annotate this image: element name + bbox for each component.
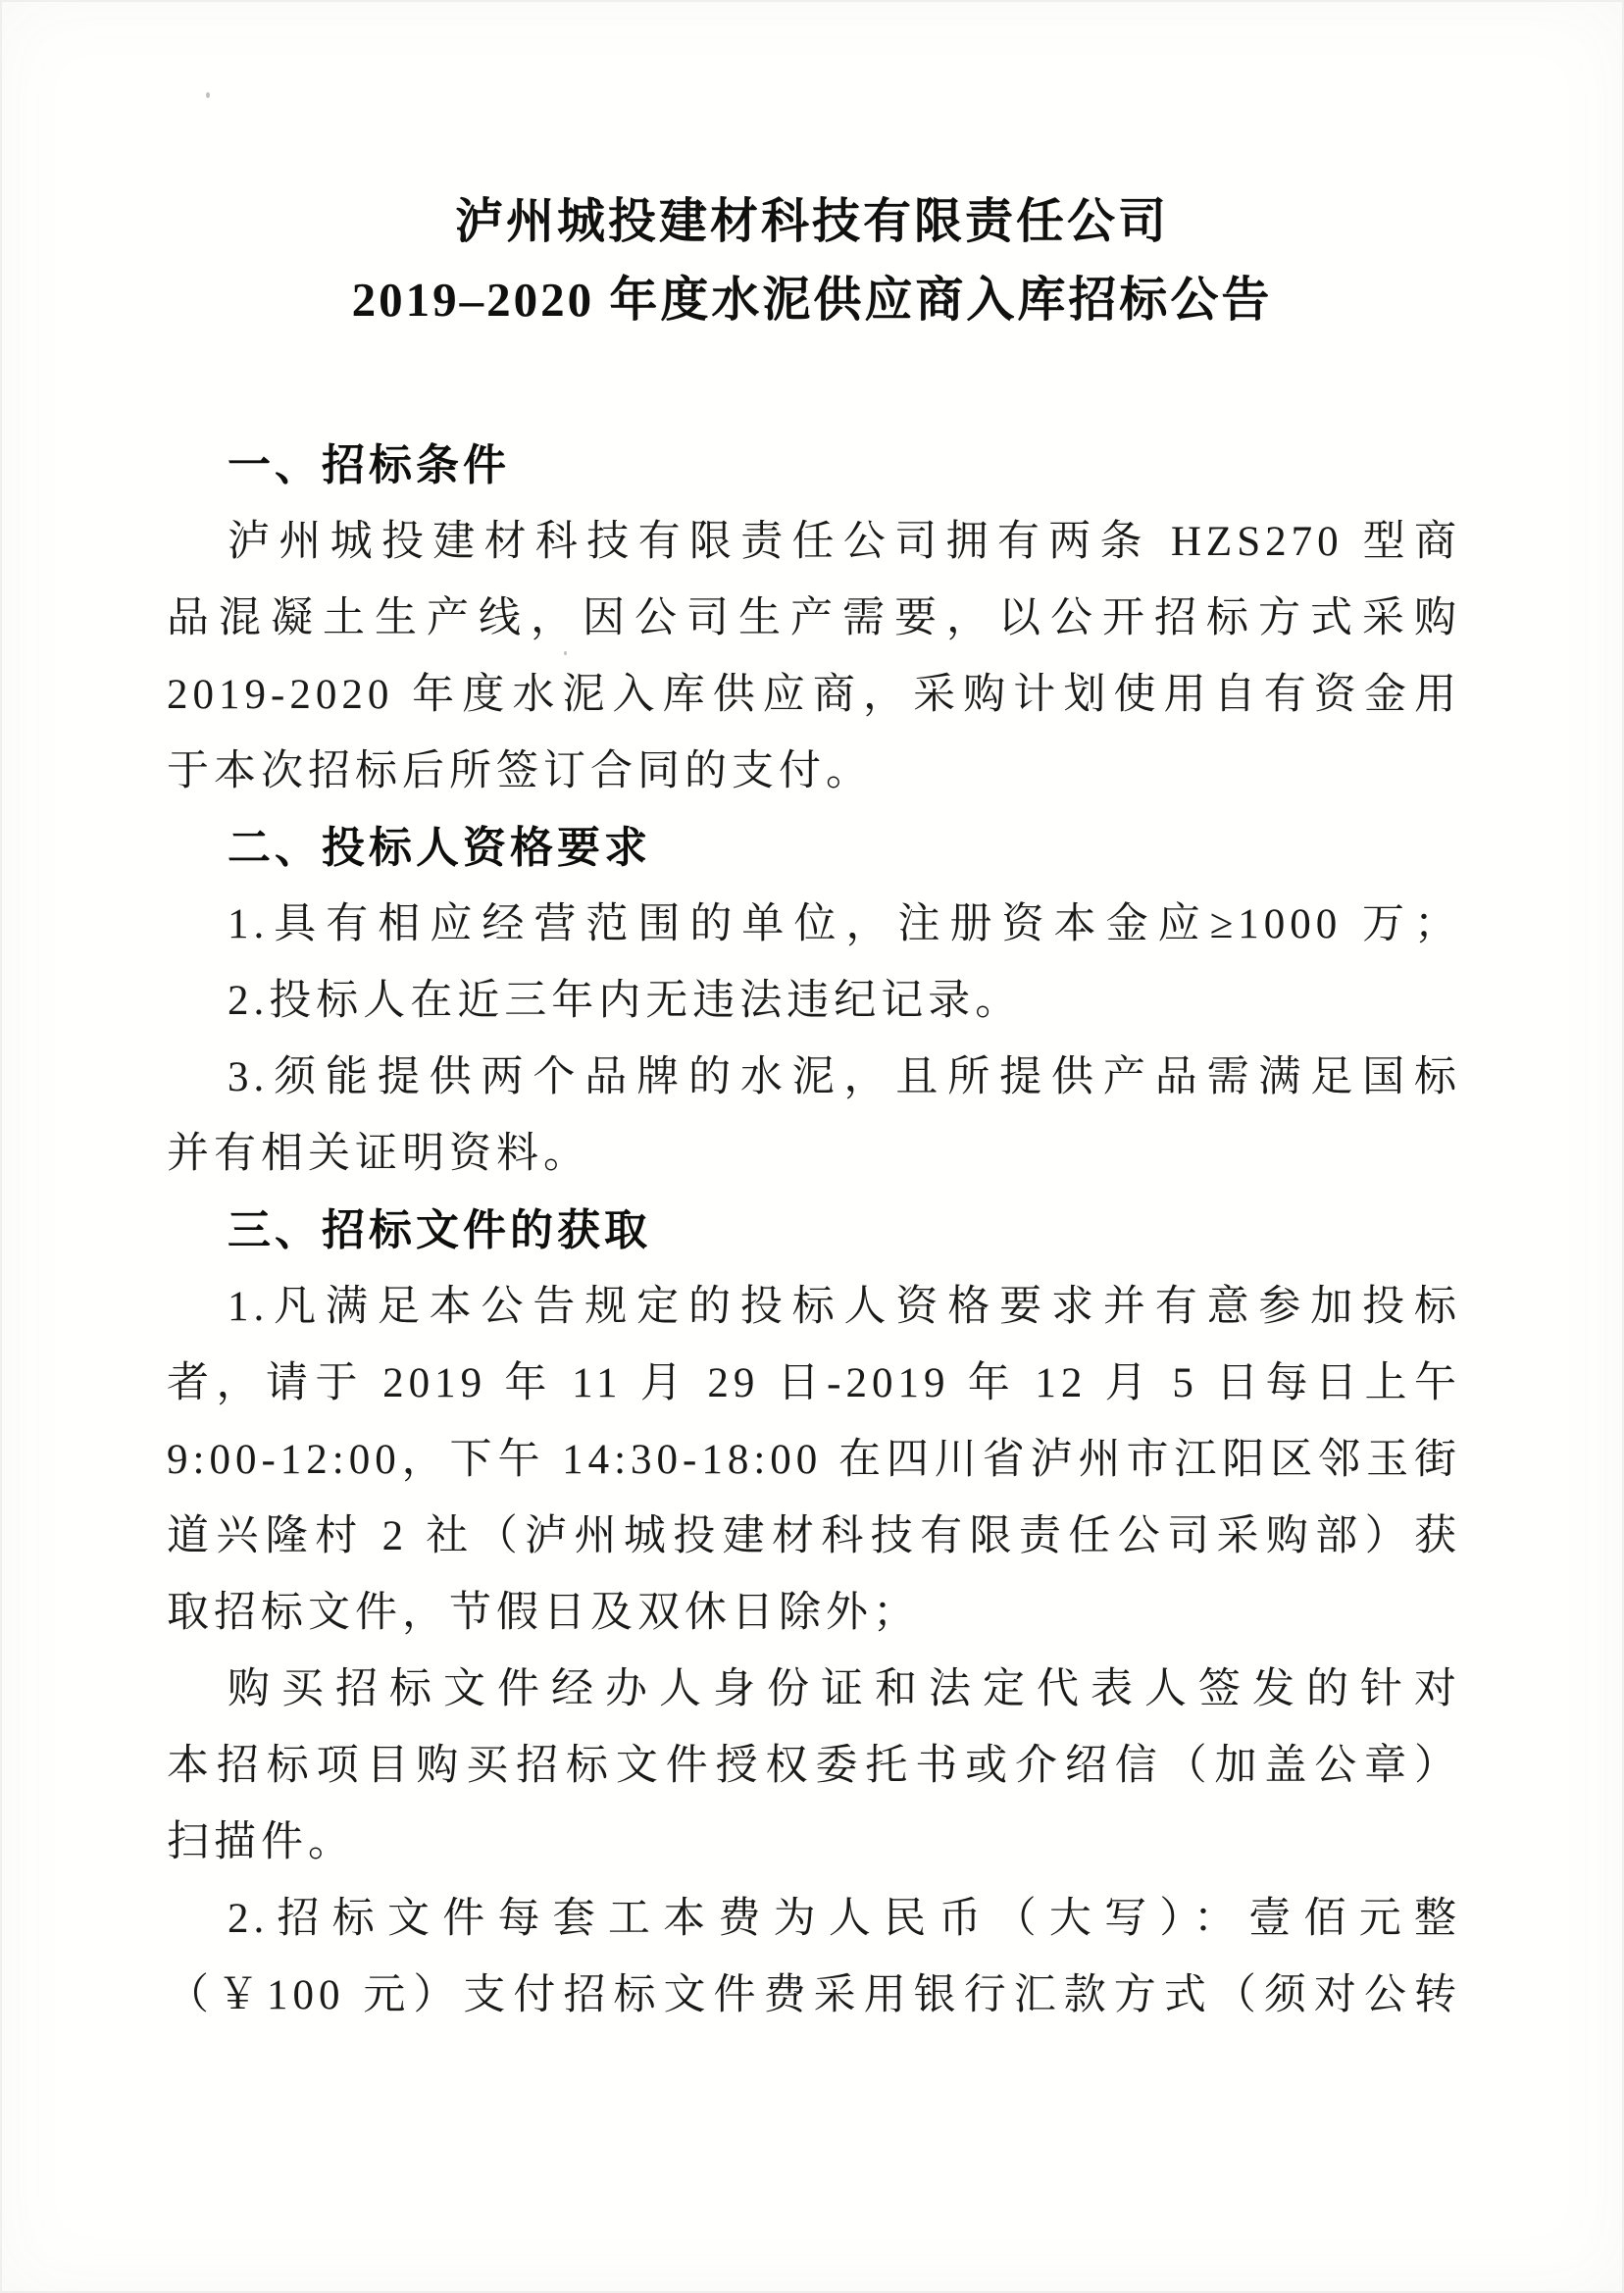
- title-line-1: 泸州城投建材科技有限责任公司: [0, 182, 1624, 261]
- section-heading: 二、投标人资格要求: [167, 810, 1461, 887]
- doc-content: 一、招标条件泸州城投建材科技有限责任公司拥有两条 HZS270 型商品混凝土生产…: [167, 428, 1461, 2034]
- text-line: 取招标文件，节假日及双休日除外；: [167, 1575, 1461, 1652]
- text-line: 3.须能提供两个品牌的水泥，且所提供产品需满足国标: [167, 1040, 1461, 1116]
- text-line: 道兴隆村 2 社（泸州城投建材科技有限责任公司采购部）获: [167, 1499, 1461, 1575]
- text-line: 1.具有相应经营范围的单位，注册资本金应≥1000 万；: [167, 887, 1461, 963]
- text-line: 2.招标文件每套工本费为人民币（大写）：壹佰元整: [167, 1881, 1461, 1958]
- text-line: 并有相关证明资料。: [167, 1116, 1461, 1193]
- text-line: 2.投标人在近三年内无违法违纪记录。: [167, 963, 1461, 1040]
- title-line-2: 2019–2020 年度水泥供应商入库招标公告: [0, 261, 1624, 339]
- text-line: 扫描件。: [167, 1805, 1461, 1881]
- text-line: 2019-2020 年度水泥入库供应商，采购计划使用自有资金用: [167, 657, 1461, 734]
- document-title: 泸州城投建材科技有限责任公司 2019–2020 年度水泥供应商入库招标公告: [0, 0, 1624, 339]
- text-line: 购买招标文件经办人身份证和法定代表人签发的针对: [167, 1652, 1461, 1728]
- text-line: 9:00-12:00，下午 14:30-18:00 在四川省泸州市江阳区邻玉街: [167, 1422, 1461, 1499]
- scan-speck: [564, 651, 567, 655]
- text-line: 品混凝土生产线，因公司生产需要，以公开招标方式采购: [167, 581, 1461, 657]
- text-line: 者，请于 2019 年 11 月 29 日-2019 年 12 月 5 日每日上…: [167, 1346, 1461, 1422]
- section-heading: 三、招标文件的获取: [167, 1193, 1461, 1269]
- scan-speck: [206, 92, 210, 98]
- section-heading: 一、招标条件: [167, 428, 1461, 504]
- text-line: 于本次招标后所签订合同的支付。: [167, 734, 1461, 810]
- text-line: （￥100 元）支付招标文件费采用银行汇款方式（须对公转: [167, 1958, 1461, 2034]
- text-line: 1.凡满足本公告规定的投标人资格要求并有意参加投标: [167, 1269, 1461, 1346]
- text-line: 泸州城投建材科技有限责任公司拥有两条 HZS270 型商: [167, 504, 1461, 581]
- text-line: 本招标项目购买招标文件授权委托书或介绍信（加盖公章）: [167, 1728, 1461, 1805]
- document-page: 泸州城投建材科技有限责任公司 2019–2020 年度水泥供应商入库招标公告 一…: [0, 0, 1624, 2293]
